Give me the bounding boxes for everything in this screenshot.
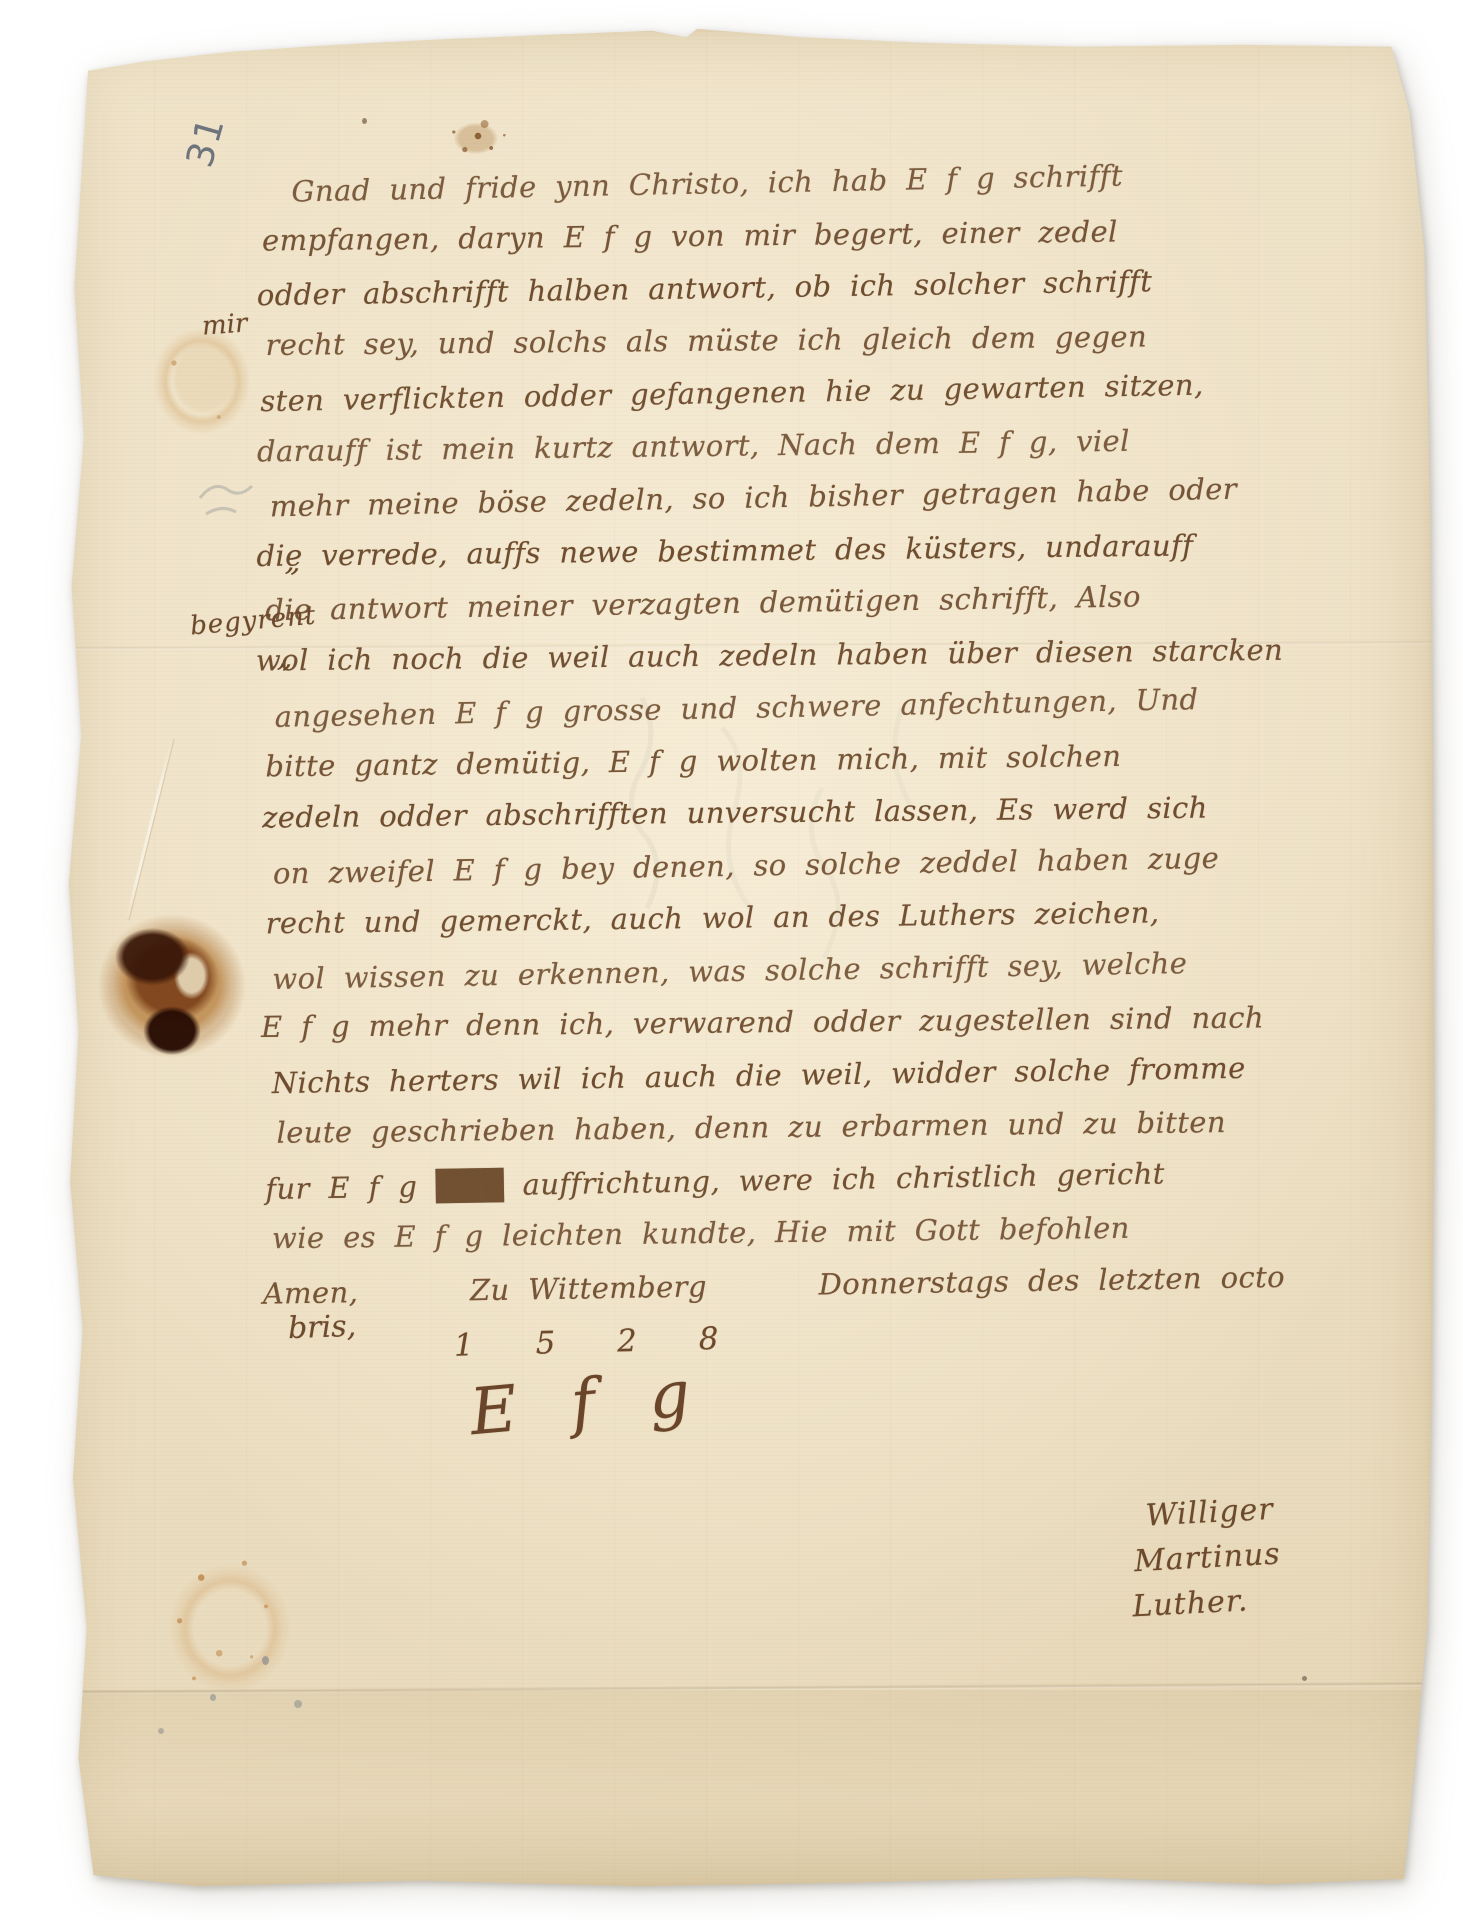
signature-line: Luther.	[1131, 1576, 1284, 1629]
paper-fleck	[1302, 1676, 1307, 1681]
photograph-of-manuscript: { "document": { "kind": "handwritten let…	[0, 0, 1463, 1920]
manuscript-photo: 31 mir begyrent „ „ Gnad und fride ynn C…	[0, 0, 1463, 1920]
fold-shading	[62, 1690, 1434, 1890]
fold-crease	[62, 1682, 1434, 1694]
archival-number-pencil: 31	[178, 111, 233, 172]
letter-body: Gnad und fride ynn Christo, ich hab E f …	[257, 149, 1313, 1318]
dateline-fragment: bris,	[287, 1309, 356, 1346]
signature-line: Martinus	[1133, 1532, 1282, 1585]
signature-block: Williger Martinus Luther.	[1145, 1487, 1285, 1629]
wax-seal-remnant	[97, 900, 247, 1072]
paper-fleck	[362, 118, 367, 124]
signature-line: Williger	[1145, 1487, 1280, 1539]
paper-fleck	[210, 1694, 216, 1701]
paper-fleck	[262, 1656, 269, 1665]
paper-fleck	[158, 1728, 164, 1734]
margin-note-mir: mir	[201, 308, 248, 341]
paper-sheet: 31 mir begyrent „ „ Gnad und fride ynn C…	[62, 28, 1434, 1888]
valediction-efg: E f g	[467, 1356, 710, 1450]
rust-ring-stain	[140, 1538, 320, 1718]
paper-crack	[126, 738, 174, 919]
paper-fleck	[294, 1700, 302, 1708]
faint-pencil-mark	[192, 468, 262, 528]
